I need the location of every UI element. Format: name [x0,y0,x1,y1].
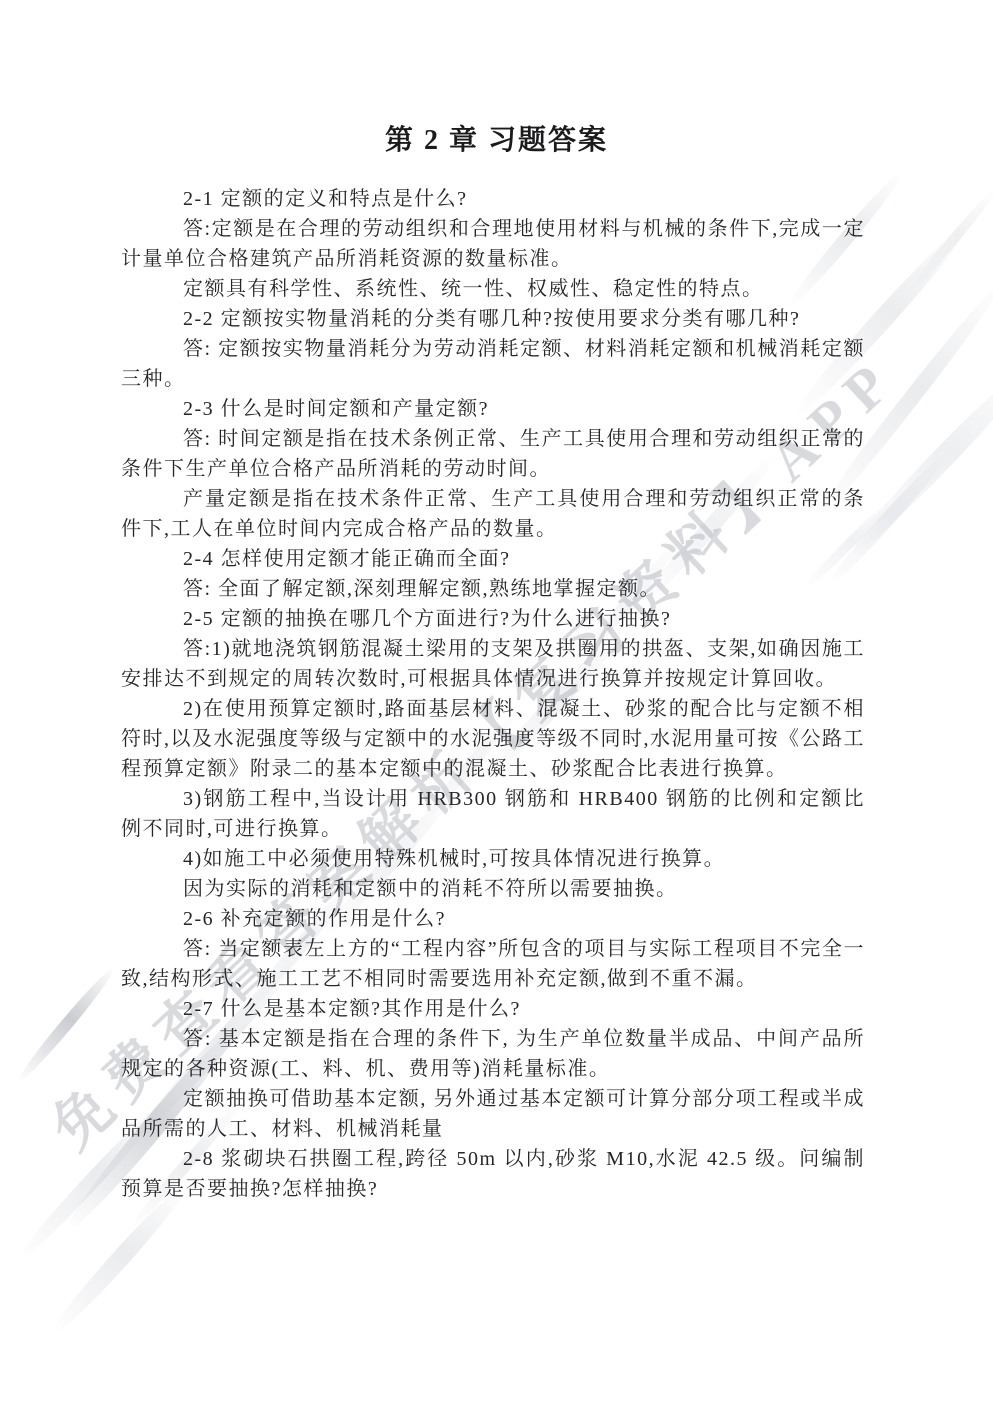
page-title: 第 2 章 习题答案 [0,118,993,158]
paragraph-question: 2-1 定额的定义和特点是什么? [121,184,865,214]
paragraph-question: 2-6 补充定额的作用是什么? [121,904,865,934]
paragraph-question: 2-8 浆砌块石拱圈工程,跨径 50m 以内,砂浆 M10,水泥 42.5 级。… [121,1144,865,1204]
paragraph-answer: 答: 全面了解定额,深刻理解定额,熟练地掌握定额。 [121,574,865,604]
paragraph-question: 2-7 什么是基本定额?其作用是什么? [121,994,865,1024]
paragraph-answer: 答: 基本定额是指在合理的条件下, 为生产单位数量半成品、中间产品所规定的各种资… [121,1024,865,1084]
brush-streak [843,359,993,561]
paragraph-answer: 答:1)就地浇筑钢筋混凝土梁用的支架及拱圈用的拱盔、支架,如确因施工安排达不到规… [121,634,865,694]
paragraph-answer: 2)在使用预算定额时,路面基层材料、混凝土、砂浆的配合比与定额不相符时,以及水泥… [121,694,865,784]
paragraph-answer: 产量定额是指在技术条件正常、生产工具使用合理和劳动组织正常的条件下,工人在单位时… [121,484,865,544]
paragraph-answer: 答: 定额按实物量消耗分为劳动消耗定额、材料消耗定额和机械消耗定额三种。 [121,334,865,394]
paragraph-answer: 答:定额是在合理的劳动组织和合理地使用材料与机械的条件下,完成一定计量单位合格建… [121,214,865,274]
brush-streak [904,183,993,297]
paragraph-answer: 定额抽换可借助基本定额, 另外通过基本定额可计算分部分项工程或半成品所需的人工、… [121,1084,865,1144]
paragraph-question: 2-2 定额按实物量消耗的分类有哪几种?按使用要求分类有哪几种? [121,304,865,334]
brush-streak [13,964,119,1087]
paragraph-question: 2-4 怎样使用定额才能正确而全面? [121,544,865,574]
paragraph-answer: 因为实际的消耗和定额中的消耗不符所以需要抽换。 [121,874,865,904]
paragraph-question: 2-3 什么是时间定额和产量定额? [121,394,865,424]
paragraph-answer: 答: 时间定额是指在技术条例正常、生产工具使用合理和劳动组织正常的条件下生产单位… [121,424,865,484]
document-body: 2-1 定额的定义和特点是什么? 答:定额是在合理的劳动组织和合理地使用材料与机… [121,184,865,1204]
document-page: 免费查看答案解析【复习资料】APP 第 2 章 习题答案 2-1 定额的定义和特… [0,0,993,1404]
paragraph-answer: 4)如施工中必须使用特殊机械时,可按具体情况进行换算。 [121,844,865,874]
paragraph-answer: 答: 当定额表左上方的“工程内容”所包含的项目与实际工程项目不完全一致,结构形式… [121,934,865,994]
paragraph-question: 2-5 定额的抽换在哪几个方面进行?为什么进行抽换? [121,604,865,634]
paragraph-answer: 定额具有科学性、系统性、统一性、权威性、稳定性的特点。 [121,274,865,304]
paragraph-answer: 3)钢筋工程中,当设计用 HRB300 钢筋和 HRB400 钢筋的比例和定额比… [121,784,865,844]
